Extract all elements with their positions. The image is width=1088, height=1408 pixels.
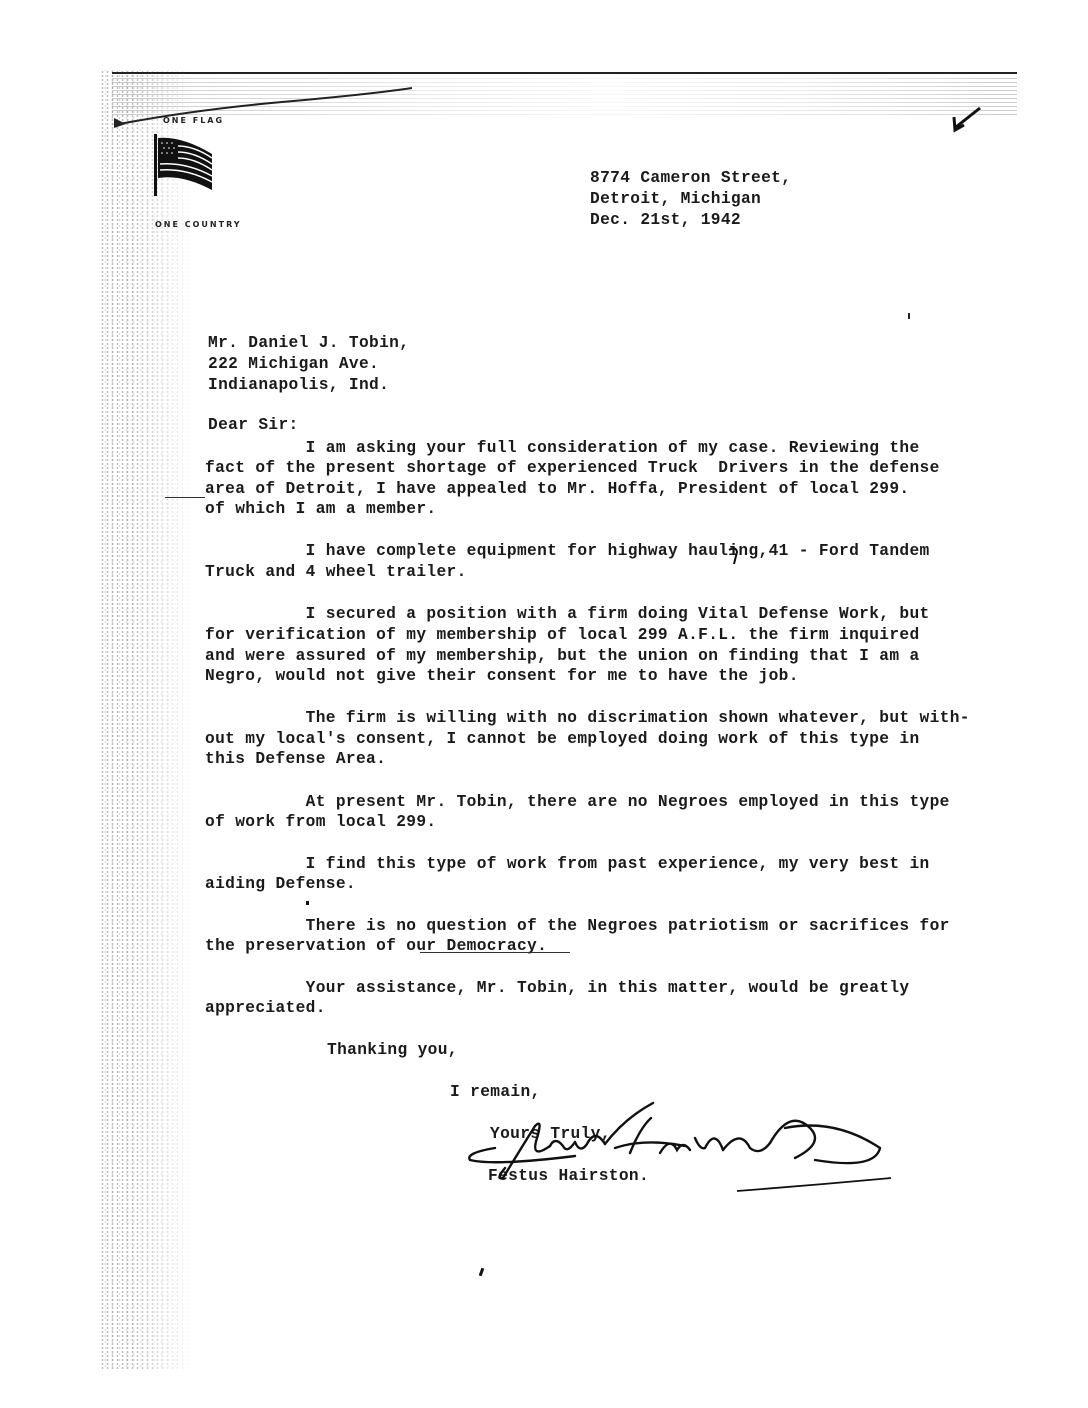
ink-mark	[908, 313, 910, 319]
paragraph-6-line-1: I find this type of work from past exper…	[205, 854, 930, 874]
paragraph-5-line-1: At present Mr. Tobin, there are no Negro…	[205, 792, 950, 812]
ink-dot	[306, 901, 309, 905]
paragraph-2-line-2: Truck and 4 wheel trailer.	[205, 562, 467, 582]
paragraph-4-line-2: out my local's consent, I cannot be empl…	[205, 729, 920, 749]
paragraph-3-line-1: I secured a position with a firm doing V…	[205, 604, 930, 624]
sender-street: 8774 Cameron Street,	[590, 168, 791, 188]
paragraph-3-line-3: and were assured of my membership, but t…	[205, 646, 920, 666]
paragraph-1-line-3: area of Detroit, I have appealed to Mr. …	[205, 479, 910, 499]
paragraph-8-line-1: Your assistance, Mr. Tobin, in this matt…	[205, 978, 910, 998]
ink-mark	[479, 1268, 485, 1277]
paragraph-5-line-2: of work from local 299.	[205, 812, 436, 832]
paragraph-1-line-4: of which I am a member.	[205, 499, 436, 519]
letter-date: Dec. 21st, 1942	[590, 210, 741, 230]
american-flag-icon	[152, 134, 216, 198]
closing-thanks: Thanking you,	[327, 1040, 458, 1060]
letterhead-swoosh-icon	[112, 80, 412, 130]
paragraph-4-line-1: The firm is willing with no discrimation…	[205, 708, 970, 728]
paragraph-1-line-1: I am asking your full consideration of m…	[205, 438, 920, 458]
paragraph-6-line-2: aiding Defense.	[205, 874, 356, 894]
paragraph-1-line-2: fact of the present shortage of experien…	[205, 458, 940, 478]
recipient-name: Mr. Daniel J. Tobin,	[208, 333, 409, 353]
letterhead-top-label: ONE FLAG	[163, 116, 224, 125]
democracy-underline	[420, 952, 570, 954]
corner-arrow-icon	[950, 105, 990, 135]
recipient-street: 222 Michigan Ave.	[208, 354, 379, 374]
recipient-city: Indianapolis, Ind.	[208, 375, 389, 395]
margin-stroke	[165, 497, 205, 498]
paragraph-8-line-2: appreciated.	[205, 998, 326, 1018]
letterhead-bottom-label: ONE COUNTRY	[155, 220, 242, 229]
paragraph-3-line-4: Negro, would not give their consent for …	[205, 666, 799, 686]
paragraph-7-line-1: There is no question of the Negroes patr…	[205, 916, 950, 936]
letter-page: ONE FLAG ONE COUNTRY 8774 Cameron Street…	[0, 0, 1088, 1408]
scan-noise	[100, 70, 195, 1370]
sender-city: Detroit, Michigan	[590, 189, 761, 209]
paragraph-4-line-3: this Defense Area.	[205, 749, 386, 769]
salutation: Dear Sir:	[208, 415, 299, 435]
paragraph-2-line-1: I have complete equipment for highway ha…	[205, 541, 930, 561]
signature-underline	[735, 1175, 895, 1195]
paragraph-3-line-2: for verification of my membership of loc…	[205, 625, 920, 645]
handwritten-correction-icon	[726, 544, 740, 566]
